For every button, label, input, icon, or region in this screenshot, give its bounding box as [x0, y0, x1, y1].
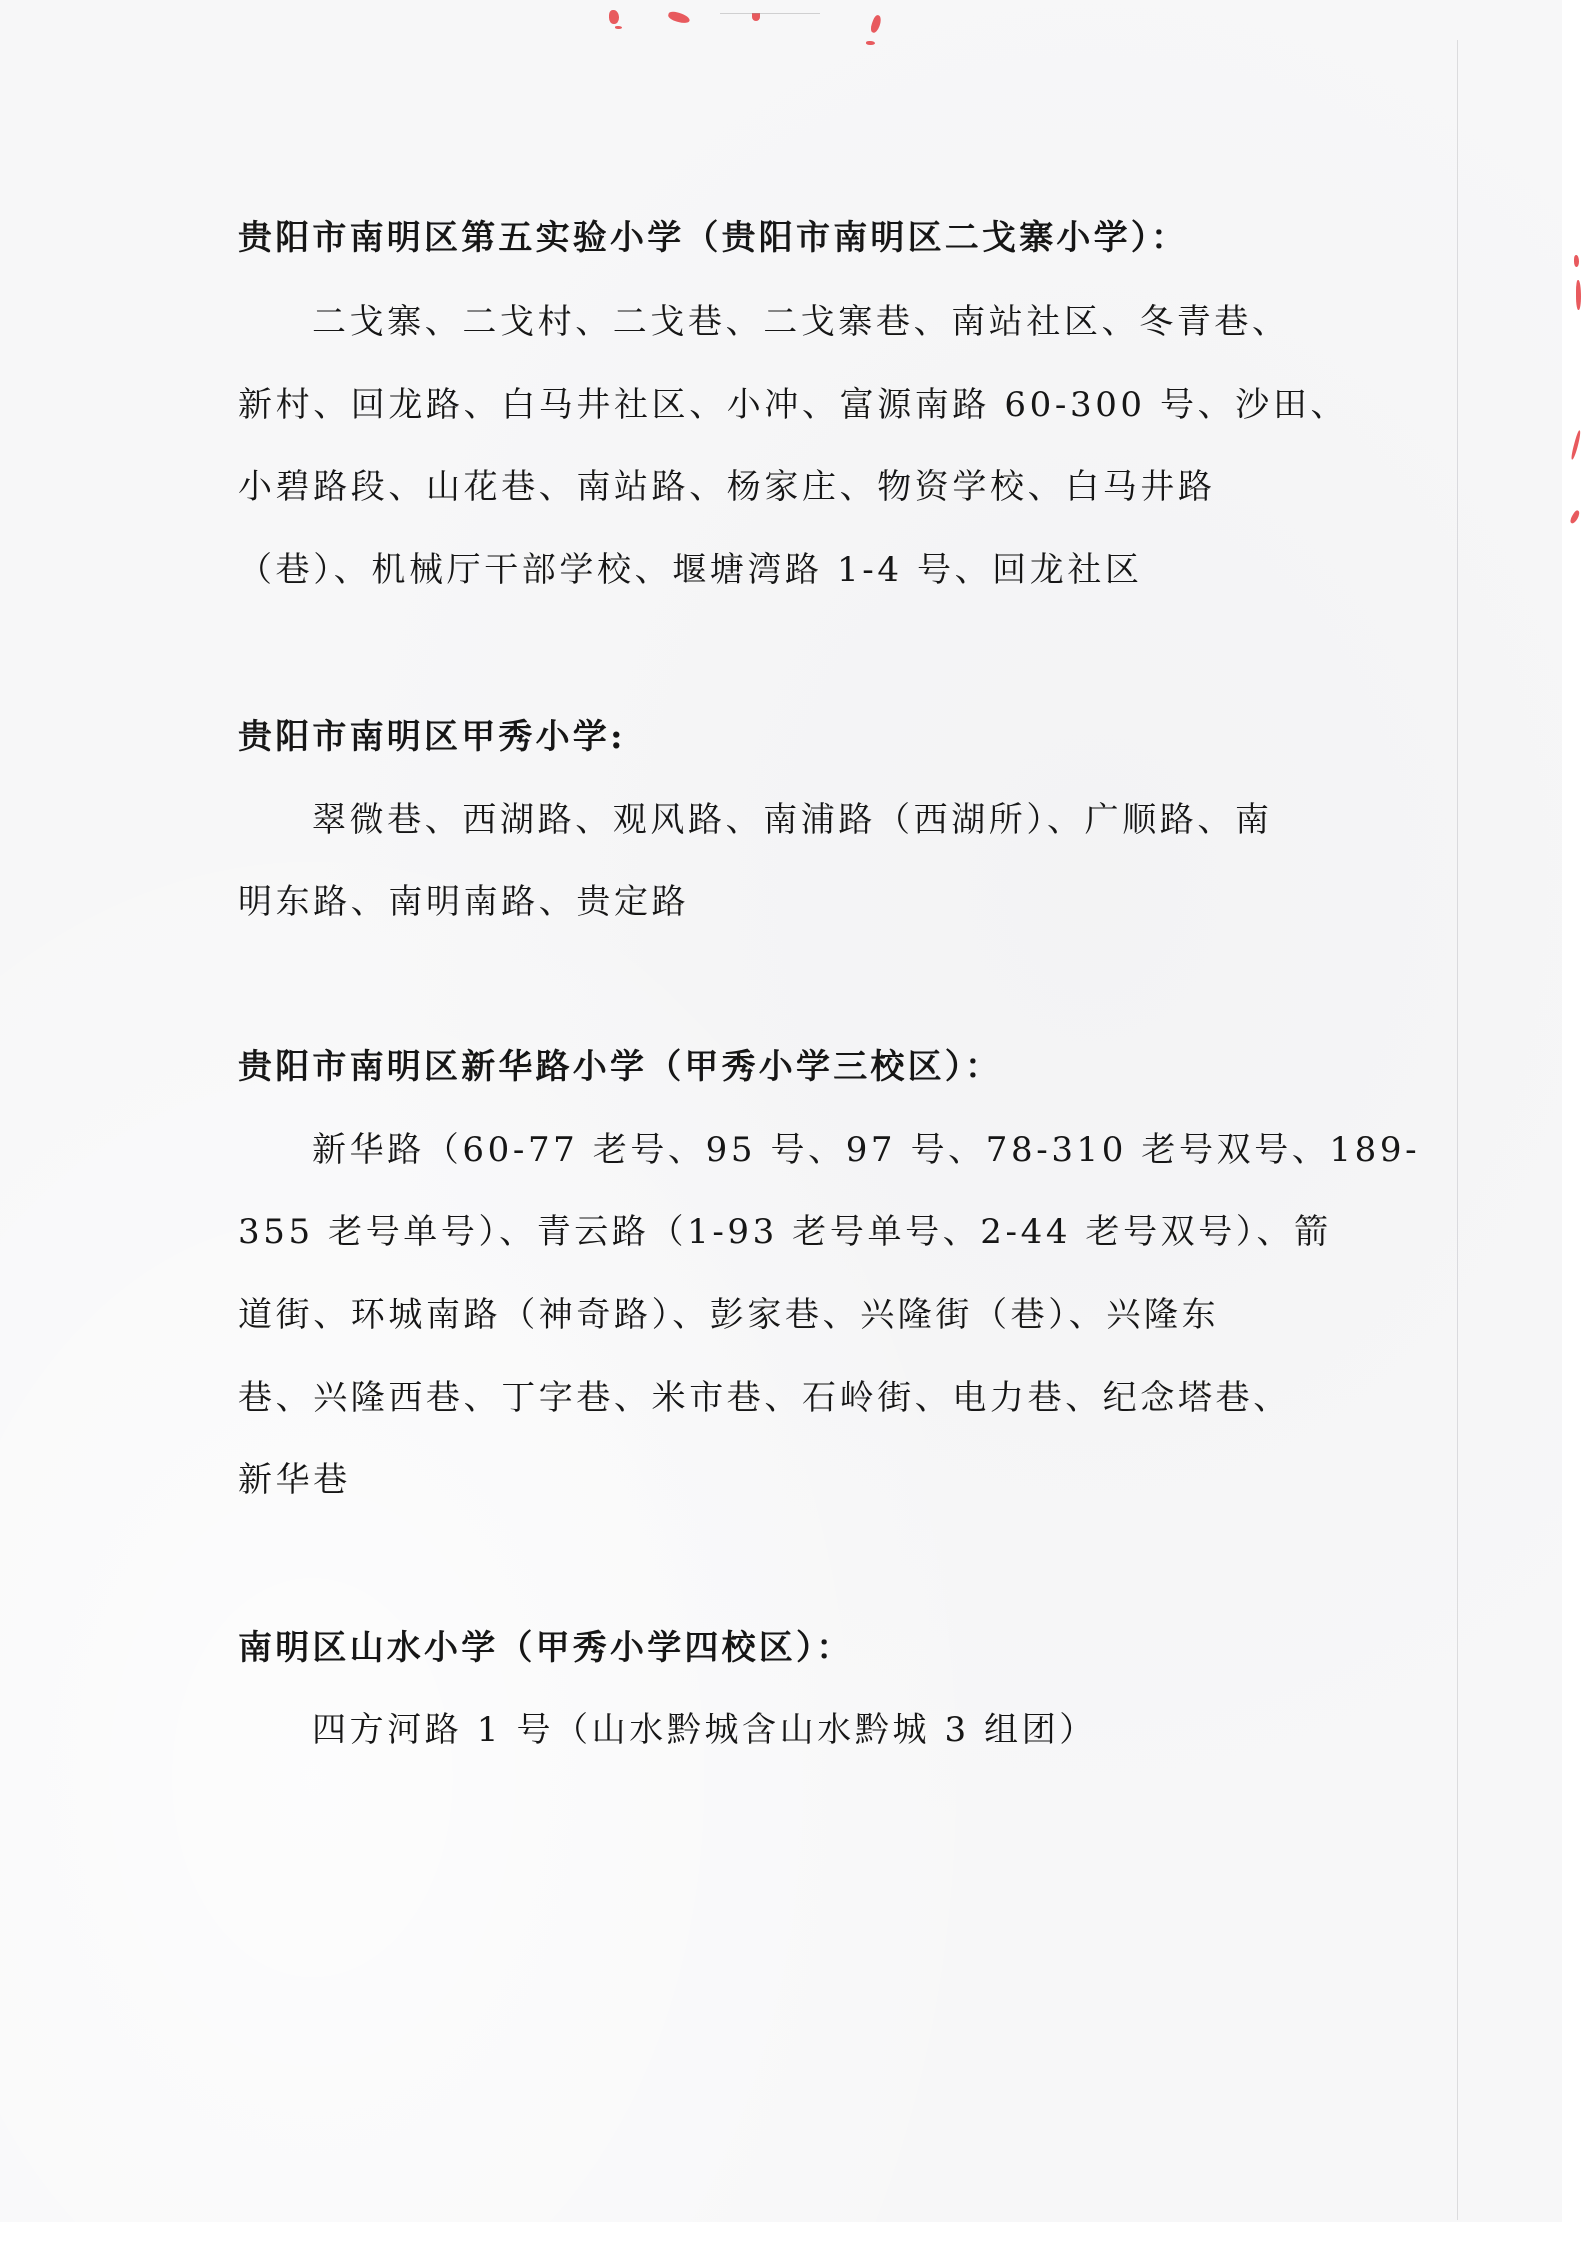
section-heading: 南明区山水小学（甲秀小学四校区）：	[238, 1628, 853, 1668]
section-text-line: 新华路（60-77 老号、95 号、97 号、78-310 老号双号、189-	[312, 1130, 1420, 1170]
section-text-line: 翠微巷、西湖路、观风路、南浦路（西湖所）、广顺路、南	[312, 800, 1273, 840]
seal-fragment	[1570, 430, 1582, 460]
scan-artifact	[720, 13, 820, 14]
section-text-line: （巷）、机械厅干部学校、堰塘湾路 1-4 号、回龙社区	[238, 550, 1143, 590]
seal-fragment	[866, 41, 875, 45]
seal-fragment	[667, 10, 691, 24]
seal-fragment	[752, 13, 760, 21]
seal-fragment	[609, 10, 619, 24]
section-text-line: 巷、兴隆西巷、丁字巷、米市巷、石岭街、电力巷、纪念塔巷、	[238, 1378, 1291, 1418]
seal-fragment	[615, 26, 622, 29]
section-text-line: 新村、回龙路、白马井社区、小冲、富源南路 60-300 号、沙田、	[238, 385, 1348, 425]
seal-fragment	[869, 14, 883, 34]
section-text-line: 小碧路段、山花巷、南站路、杨家庄、物资学校、白马井路	[238, 467, 1216, 507]
section-text-line: 四方河路 1 号（山水黔城含山水黔城 3 组团）	[312, 1710, 1097, 1750]
section-heading: 贵阳市南明区甲秀小学:	[238, 717, 626, 757]
seal-fragment	[1574, 255, 1579, 267]
section-heading: 贵阳市南明区新华路小学（甲秀小学三校区）：	[238, 1047, 1002, 1087]
section-text-line: 明东路、南明南路、贵定路	[238, 882, 689, 922]
section-heading: 贵阳市南明区第五实验小学（贵阳市南明区二戈寨小学）：	[238, 218, 1188, 258]
seal-fragment	[1576, 280, 1581, 310]
section-text-line: 二戈寨、二戈村、二戈巷、二戈寨巷、南站社区、冬青巷、	[312, 302, 1290, 342]
fold-line	[1457, 40, 1458, 2220]
section-text-line: 道街、环城南路（神奇路）、彭家巷、兴隆街（巷）、兴隆东	[238, 1295, 1219, 1335]
section-text-line: 新华巷	[238, 1460, 351, 1500]
section-text-line: 355 老号单号）、青云路（1-93 老号单号、2-44 老号双号）、箭	[238, 1212, 1332, 1252]
scanned-page: 贵阳市南明区第五实验小学（贵阳市南明区二戈寨小学）： 二戈寨、二戈村、二戈巷、二…	[0, 0, 1562, 2222]
seal-fragment	[1569, 509, 1581, 524]
